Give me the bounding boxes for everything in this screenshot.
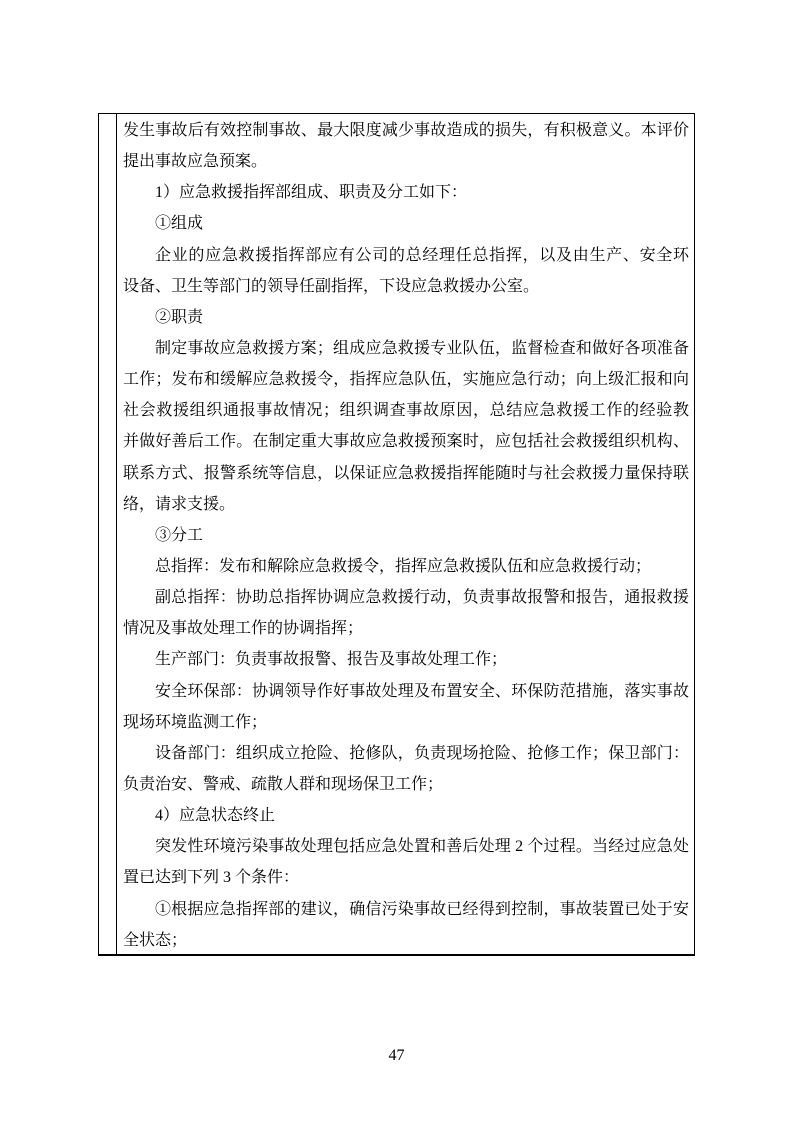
table-gutter-cell bbox=[99, 114, 117, 954]
text-line: 负责治安、警戒、疏散人群和现场保卫工作； bbox=[123, 769, 689, 800]
text-line: ③分工 bbox=[123, 520, 689, 551]
page-number: 47 bbox=[0, 1046, 793, 1066]
text-line: 总指挥：发布和解除应急救援令，指挥应急救援队伍和应急救援行动； bbox=[123, 551, 689, 582]
text-line: 设备部门：组织成立抢险、抢修队，负责现场抢险、抢修工作；保卫部门： bbox=[123, 738, 689, 769]
text-line: 安全环保部：协调领导作好事故处理及布置安全、环保防范措施，落实事故 bbox=[123, 676, 689, 707]
document-table: 发生事故后有效控制事故、最大限度减少事故造成的损失，有积极意义。本评价提出事故应… bbox=[98, 113, 695, 956]
text-line: 发生事故后有效控制事故、最大限度减少事故造成的损失，有积极意义。本评价 bbox=[123, 115, 689, 146]
text-line: 4）应急状态终止 bbox=[123, 800, 689, 831]
text-line: 设备、卫生等部门的领导任副指挥，下设应急救援办公室。 bbox=[123, 271, 689, 302]
document-page: { "page_number": "47", "content": { "lin… bbox=[0, 0, 793, 1122]
text-line: 络，请求支援。 bbox=[123, 489, 689, 520]
text-line: ①组成 bbox=[123, 208, 689, 239]
text-line: 社会救援组织通报事故情况；组织调查事故原因，总结应急救援工作的经验教训， bbox=[123, 395, 689, 426]
text-line: 并做好善后工作。在制定重大事故应急救援预案时，应包括社会救援组织机构、 bbox=[123, 426, 689, 457]
text-line: 副总指挥：协助总指挥协调应急救援行动，负责事故报警和报告，通报救援 bbox=[123, 582, 689, 613]
text-line: 提出事故应急预案。 bbox=[123, 146, 689, 177]
text-line: 1）应急救援指挥部组成、职责及分工如下： bbox=[123, 177, 689, 208]
text-line: 置已达到下列 3 个条件： bbox=[123, 862, 689, 893]
text-line: 突发性环境污染事故处理包括应急处置和善后处理 2 个过程。当经过应急处 bbox=[123, 831, 689, 862]
text-line: 情况及事故处理工作的协调指挥； bbox=[123, 613, 689, 644]
table-content-cell: 发生事故后有效控制事故、最大限度减少事故造成的损失，有积极意义。本评价提出事故应… bbox=[117, 114, 694, 954]
text-line: ②职责 bbox=[123, 302, 689, 333]
text-line: 生产部门：负责事故报警、报告及事故处理工作； bbox=[123, 644, 689, 675]
text-line: 现场环境监测工作； bbox=[123, 707, 689, 738]
text-line: 企业的应急救援指挥部应有公司的总经理任总指挥，以及由生产、安全环保、 bbox=[123, 240, 689, 271]
text-line: 全状态； bbox=[123, 925, 689, 954]
text-line: 制定事故应急救援方案；组成应急救援专业队伍，监督检查和做好各项准备 bbox=[123, 333, 689, 364]
text-line: 工作；发布和缓解应急救援令，指挥应急队伍，实施应急行动；向上级汇报和向 bbox=[123, 364, 689, 395]
text-line: ①根据应急指挥部的建议，确信污染事故已经得到控制，事故装置已处于安 bbox=[123, 894, 689, 925]
text-line: 联系方式、报警系统等信息，以保证应急救援指挥能随时与社会救援力量保持联 bbox=[123, 458, 689, 489]
